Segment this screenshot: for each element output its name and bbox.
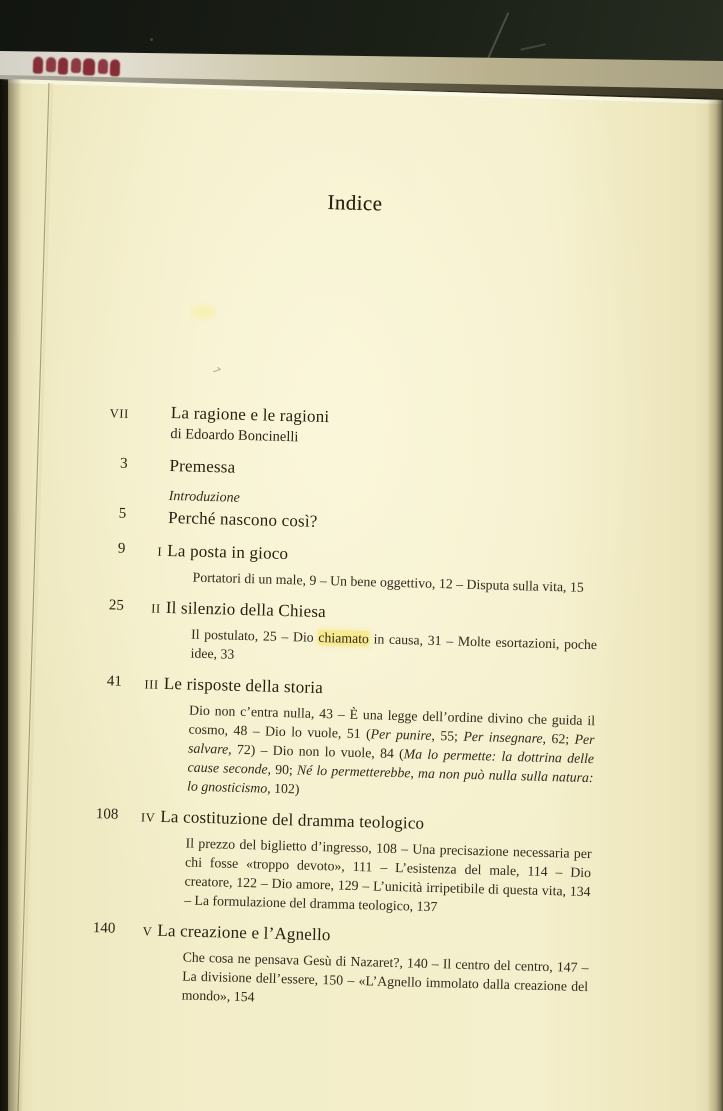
toc-content: Indice VIILa ragione e le ragionidi Edoa… xyxy=(76,180,643,1027)
entry-title: Premessa xyxy=(169,455,605,488)
entry-body: IntroduzionePerché nascono così? xyxy=(168,488,605,540)
description-segment: Per insegnare xyxy=(463,729,543,746)
entry-page-number: 5 xyxy=(89,486,127,528)
page-right-edge-shadow xyxy=(707,98,723,1111)
entry-description: Che cosa ne pensava Gesù di Nazaret?, 14… xyxy=(181,947,588,1015)
description-segment: , 55; xyxy=(431,728,463,744)
entry-body: VLa creazione e l’AgnelloChe cosa ne pen… xyxy=(155,920,593,1015)
book-photo: Indice VIILa ragione e le ragionidi Edoa… xyxy=(0,0,723,1111)
toc-list: VIILa ragione e le ragionidi Edoardo Bon… xyxy=(76,400,637,1016)
entry-page-number: 108 xyxy=(79,804,119,908)
toc-entry: 5IntroduzionePerché nascono così? xyxy=(89,486,635,541)
entry-body: La ragione e le ragionidi Edoardo Boncin… xyxy=(170,402,607,455)
entry-title-text: Il silenzio della Chiesa xyxy=(166,598,327,621)
entry-description: Il prezzo del biglietto d’ingresso, 108 … xyxy=(184,834,592,921)
entry-description: Portatori di un male, 9 – Un bene oggett… xyxy=(192,568,598,598)
entry-body: IIILe risposte della storiaDio non c’ent… xyxy=(161,673,600,806)
entry-body: ILa posta in giocoPortatori di un male, … xyxy=(166,540,603,597)
chapter-numeral: II xyxy=(135,600,161,618)
entry-title-text: Le risposte della storia xyxy=(164,674,324,697)
toc-entry: 3Premessa xyxy=(90,453,635,489)
entry-title-text: La posta in gioco xyxy=(167,541,288,563)
description-segment: , 62; xyxy=(542,731,574,747)
entry-title-text: Perché nascono così? xyxy=(168,508,318,531)
chapter-numeral: V xyxy=(126,923,152,941)
entry-page-number: 140 xyxy=(76,918,115,1003)
entry-description: Il postulato, 25 – Dio chiamato in causa… xyxy=(190,625,597,674)
entry-title-text: Premessa xyxy=(169,456,235,477)
chapter-numeral: I xyxy=(136,543,162,561)
toc-entry: 140VLa creazione e l’AgnelloChe cosa ne … xyxy=(76,918,623,1016)
description-segment: Per punire xyxy=(370,726,431,743)
toc-entry: 25IIIl silenzio della ChiesaIl postulato… xyxy=(85,595,632,674)
entry-body: Premessa xyxy=(169,455,605,488)
entry-page-number: 9 xyxy=(87,538,125,585)
chapter-numeral: III xyxy=(133,676,159,694)
entry-body: IVLa costituzione del dramma teologicoIl… xyxy=(158,806,597,920)
entry-body: IIIl silenzio della ChiesaIl postulato, … xyxy=(164,597,602,673)
description-segment: , 72) – Dio non lo vuole, 84 ( xyxy=(228,742,404,762)
dust-speck xyxy=(150,38,153,41)
entry-title-text: La costituzione del dramma teologico xyxy=(160,807,424,833)
toc-entry: 108IVLa costituzione del dramma teologic… xyxy=(79,804,627,921)
entry-description: Dio non c’entra nulla, 43 – È una legge … xyxy=(187,701,595,807)
toc-entry: VIILa ragione e le ragionidi Edoardo Bon… xyxy=(91,400,637,456)
red-stamp-icon xyxy=(33,56,121,76)
gutter-shadow xyxy=(0,79,22,1111)
entry-title-text: La ragione e le ragioni xyxy=(171,403,330,426)
description-segment: Il postulato, 25 – Dio xyxy=(191,627,319,645)
toc-entry: 41IIILe risposte della storiaDio non c’e… xyxy=(82,671,630,807)
entry-page-number: 41 xyxy=(82,671,122,794)
description-segment: Il prezzo del biglietto d’ingresso, 108 … xyxy=(184,836,592,915)
toc-entry: 9ILa posta in giocoPortatori di un male,… xyxy=(87,538,633,598)
description-segment: chiamato xyxy=(318,630,369,646)
description-segment: , 102) xyxy=(267,781,300,797)
entry-page-number: VII xyxy=(91,400,129,443)
entry-page-number: 25 xyxy=(85,595,124,661)
entry-title-text: La creazione e l’Agnello xyxy=(157,921,331,945)
description-segment: Portatori di un male, 9 – Un bene oggett… xyxy=(192,570,584,595)
description-segment: Che cosa ne pensava Gesù di Nazaret?, 14… xyxy=(181,949,588,1004)
description-segment: , 90; xyxy=(267,762,297,778)
chapter-numeral: IV xyxy=(129,809,155,827)
entry-page-number: 3 xyxy=(90,453,128,476)
